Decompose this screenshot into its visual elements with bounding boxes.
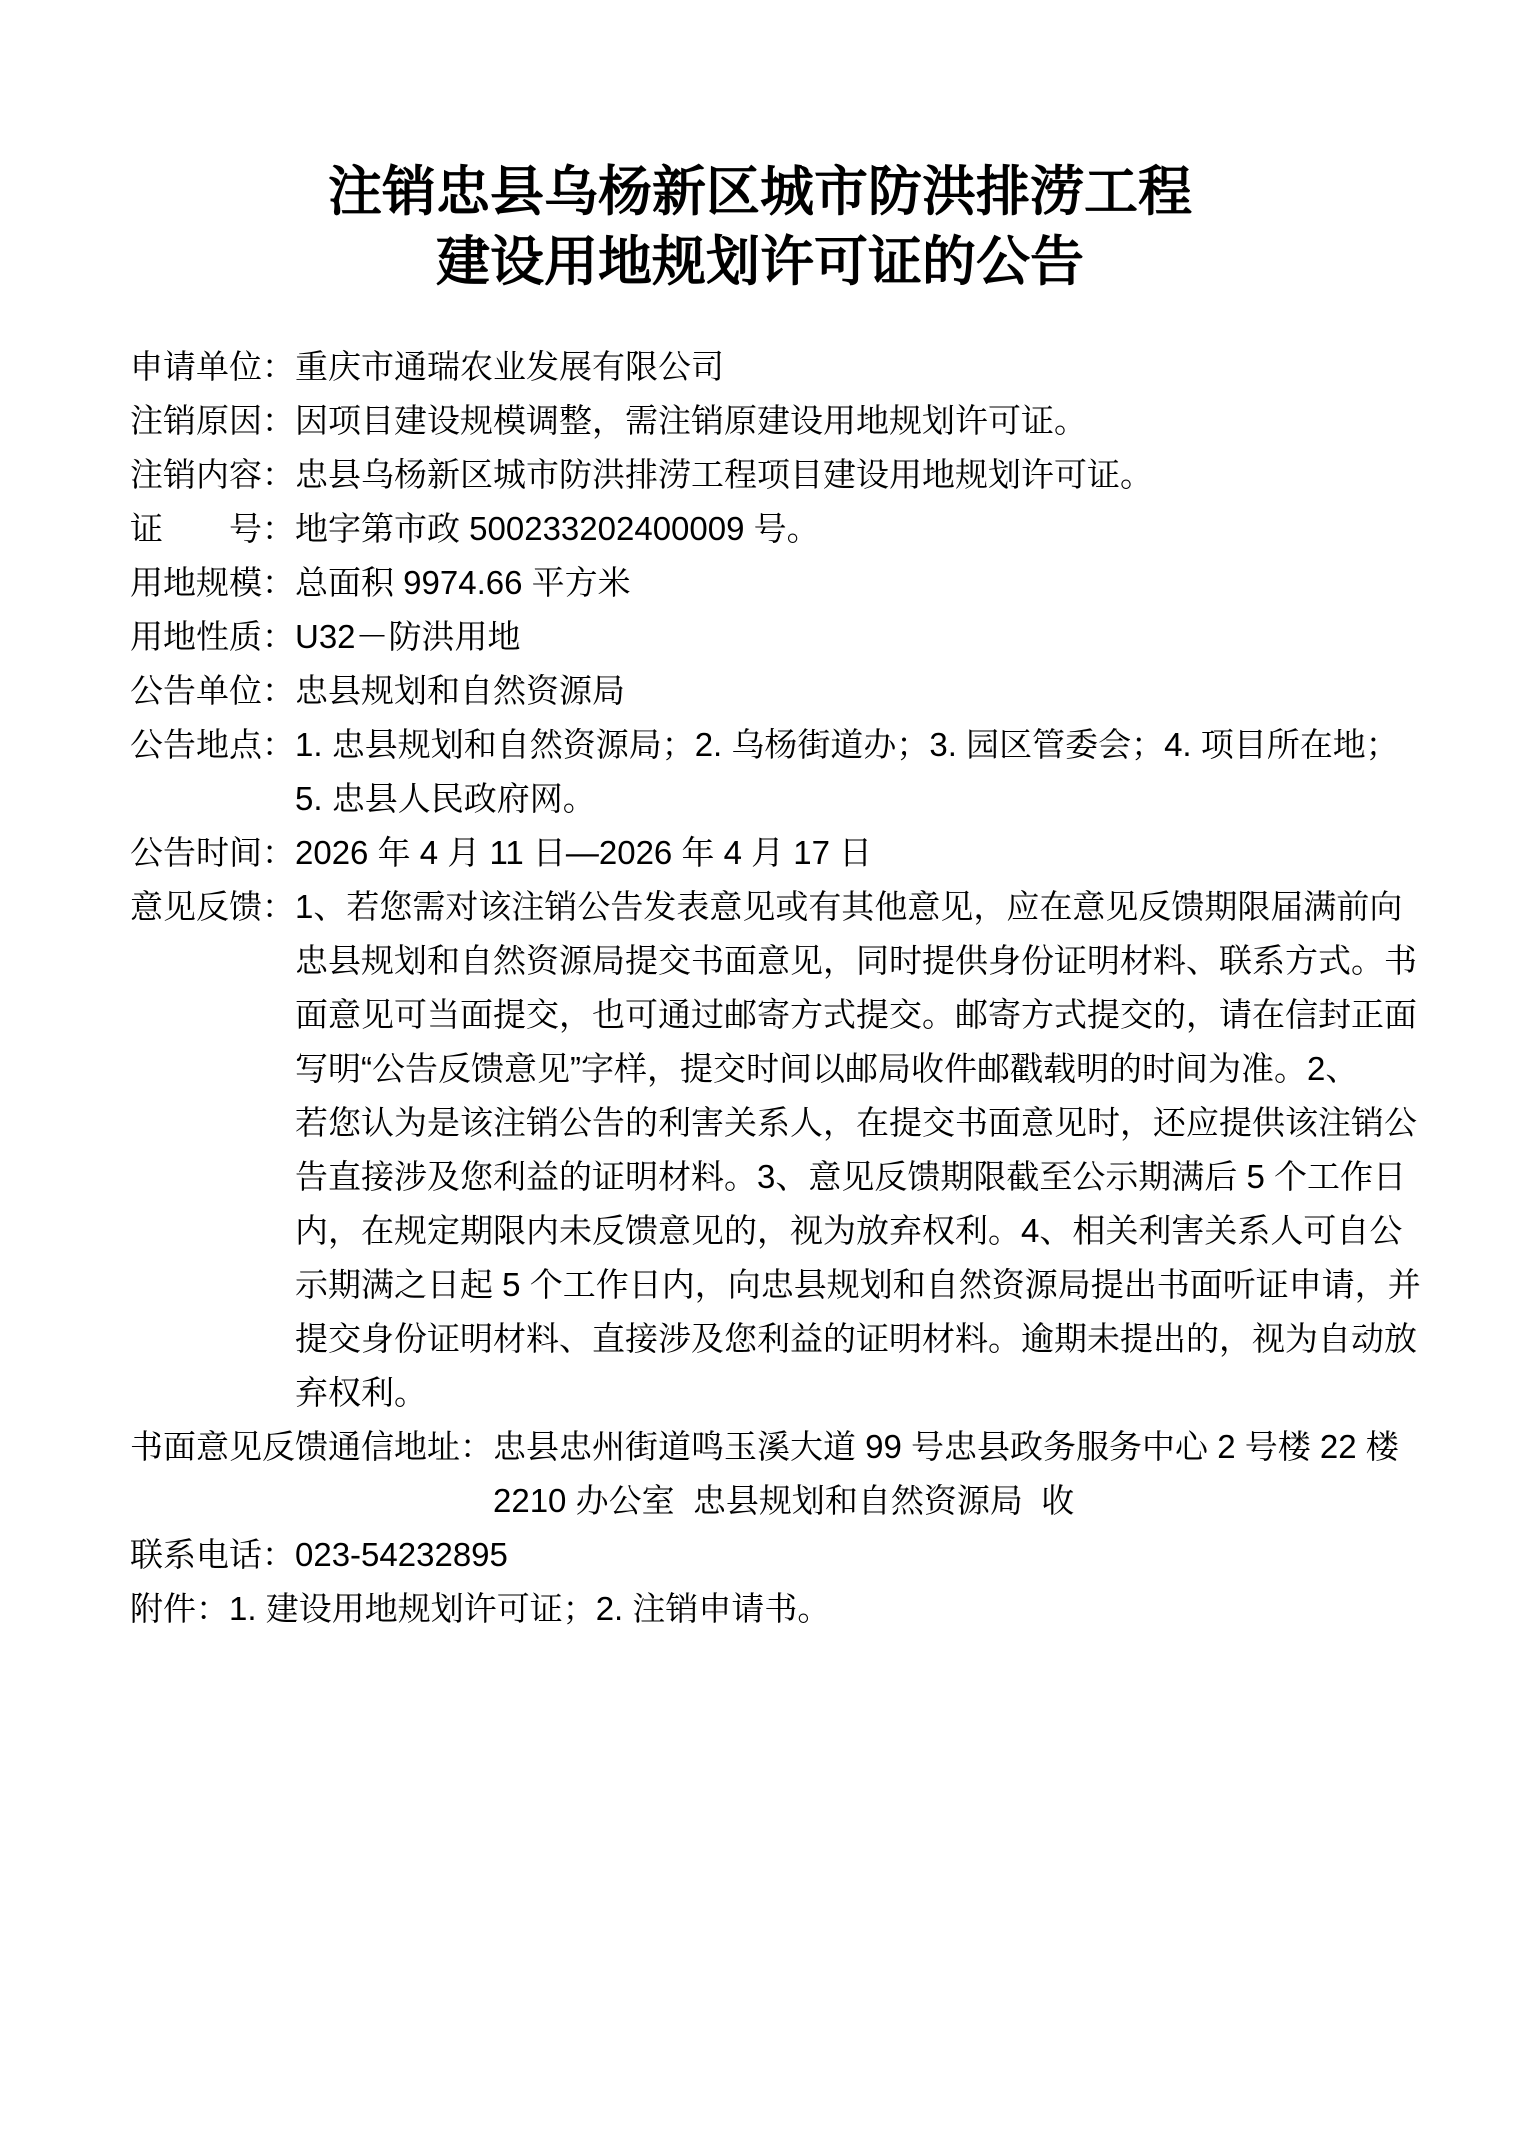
field-row-cancel-reason: 注销原因： 因项目建设规模调整，需注销原建设用地规划许可证。 (130, 394, 1440, 448)
field-content: 因项目建设规模调整，需注销原建设用地规划许可证。 (295, 394, 1440, 448)
field-label: 公告单位： (130, 664, 295, 718)
field-content: 023-54232895 (295, 1528, 1440, 1582)
field-label: 公告时间： (130, 826, 295, 880)
field-row-land-use-type: 用地性质： U32－防洪用地 (130, 610, 1440, 664)
field-label: 注销原因： (130, 394, 295, 448)
field-row-mailing-address: 书面意见反馈通信地址： 忠县忠州街道鸣玉溪大道 99 号忠县政务服务中心 2 号… (130, 1420, 1440, 1528)
field-label: 申请单位： (130, 340, 295, 394)
field-label: 联系电话： (130, 1528, 295, 1582)
document-title: 注销忠县乌杨新区城市防洪排涝工程 建设用地规划许可证的公告 (0, 0, 1520, 297)
field-label: 用地性质： (130, 610, 295, 664)
field-label: 公告地点： (130, 718, 295, 772)
field-label: 用地规模： (130, 556, 295, 610)
field-row-certificate-number: 证 号： 地字第市政 500233202400009 号。 (130, 502, 1440, 556)
field-label: 证 号： (130, 502, 295, 556)
field-row-announcing-authority: 公告单位： 忠县规划和自然资源局 (130, 664, 1440, 718)
field-label: 意见反馈： (130, 880, 295, 934)
announcement-document: 注销忠县乌杨新区城市防洪排涝工程 建设用地规划许可证的公告 申请单位： 重庆市通… (0, 0, 1520, 2149)
field-content: 1. 忠县规划和自然资源局；2. 乌杨街道办；3. 园区管委会；4. 项目所在地… (295, 718, 1440, 826)
field-content: 2026 年 4 月 11 日—2026 年 4 月 17 日 (295, 826, 1440, 880)
field-row-feedback-instructions: 意见反馈： 1、若您需对该注销公告发表意见或有其他意见，应在意见反馈期限届满前向… (130, 880, 1440, 1420)
field-row-announcement-locations: 公告地点： 1. 忠县规划和自然资源局；2. 乌杨街道办；3. 园区管委会；4.… (130, 718, 1440, 826)
field-content: 总面积 9974.66 平方米 (295, 556, 1440, 610)
document-title-line-1: 注销忠县乌杨新区城市防洪排涝工程 (0, 157, 1520, 227)
document-title-line-2: 建设用地规划许可证的公告 (0, 227, 1520, 297)
field-content: 地字第市政 500233202400009 号。 (295, 502, 1440, 556)
document-body: 申请单位： 重庆市通瑞农业发展有限公司 注销原因： 因项目建设规模调整，需注销原… (0, 340, 1520, 1636)
field-label: 注销内容： (130, 448, 295, 502)
field-content: 忠县乌杨新区城市防洪排涝工程项目建设用地规划许可证。 (295, 448, 1440, 502)
field-content: 重庆市通瑞农业发展有限公司 (295, 340, 1440, 394)
field-row-contact-phone: 联系电话： 023-54232895 (130, 1528, 1440, 1582)
field-content: 1、若您需对该注销公告发表意见或有其他意见，应在意见反馈期限届满前向 忠县规划和… (295, 880, 1440, 1420)
field-content: 1. 建设用地规划许可证；2. 注销申请书。 (229, 1582, 1440, 1636)
field-content: U32－防洪用地 (295, 610, 1440, 664)
field-row-applicant: 申请单位： 重庆市通瑞农业发展有限公司 (130, 340, 1440, 394)
field-content: 忠县忠州街道鸣玉溪大道 99 号忠县政务服务中心 2 号楼 22 楼 2210 … (493, 1420, 1440, 1528)
field-label: 书面意见反馈通信地址： (130, 1420, 493, 1474)
field-row-announcement-period: 公告时间： 2026 年 4 月 11 日—2026 年 4 月 17 日 (130, 826, 1440, 880)
field-row-attachments: 附件： 1. 建设用地规划许可证；2. 注销申请书。 (130, 1582, 1440, 1636)
field-row-land-scale: 用地规模： 总面积 9974.66 平方米 (130, 556, 1440, 610)
field-row-cancel-content: 注销内容： 忠县乌杨新区城市防洪排涝工程项目建设用地规划许可证。 (130, 448, 1440, 502)
field-label: 附件： (130, 1582, 229, 1636)
field-content: 忠县规划和自然资源局 (295, 664, 1440, 718)
